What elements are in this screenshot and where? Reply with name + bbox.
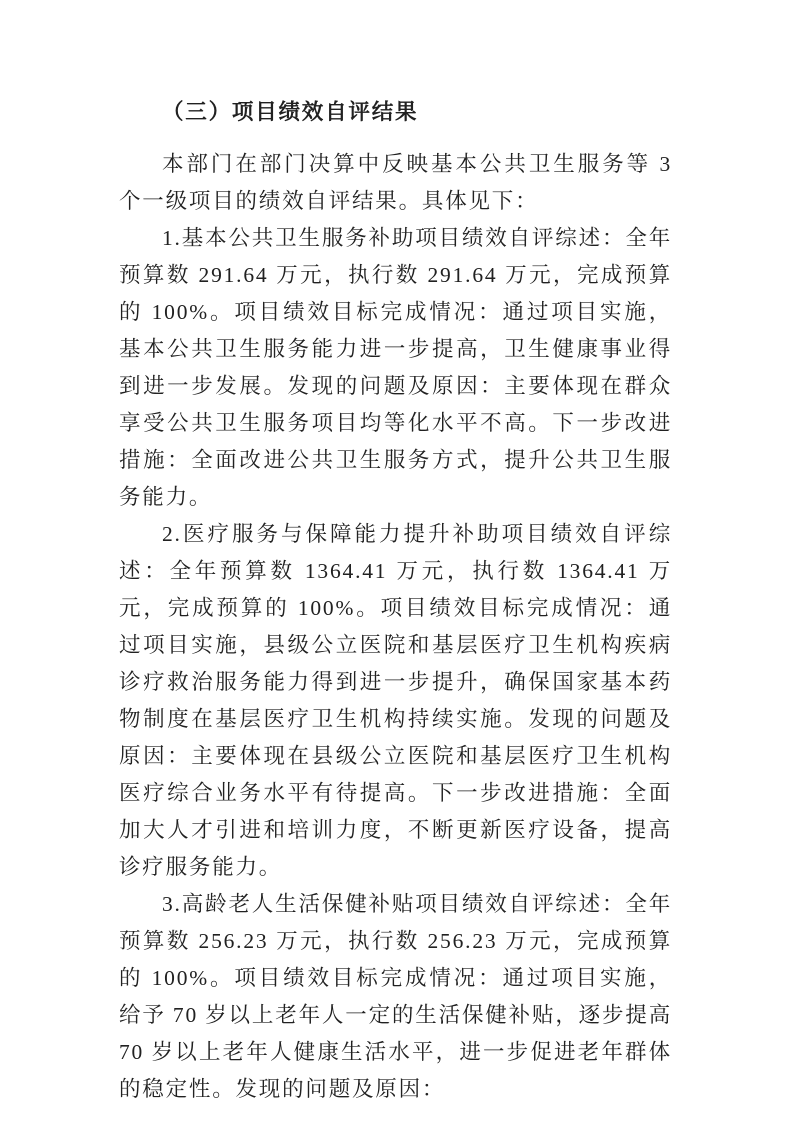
project-1-paragraph: 1.基本公共卫生服务补助项目绩效自评综述：全年预算数 291.64 万元，执行数… [119,220,672,516]
document-page: （三）项目绩效自评结果 本部门在部门决算中反映基本公共卫生服务等 3 个一级项目… [0,0,792,1121]
section-heading: （三）项目绩效自评结果 [119,94,672,131]
project-3-paragraph: 3.高龄老人生活保健补贴项目绩效自评综述：全年预算数 256.23 万元，执行数… [119,886,672,1108]
document-body: （三）项目绩效自评结果 本部门在部门决算中反映基本公共卫生服务等 3 个一级项目… [119,94,672,1108]
intro-paragraph: 本部门在部门决算中反映基本公共卫生服务等 3 个一级项目的绩效自评结果。具体见下… [119,146,672,220]
project-2-paragraph: 2.医疗服务与保障能力提升补助项目绩效自评综述：全年预算数 1364.41 万元… [119,516,672,886]
